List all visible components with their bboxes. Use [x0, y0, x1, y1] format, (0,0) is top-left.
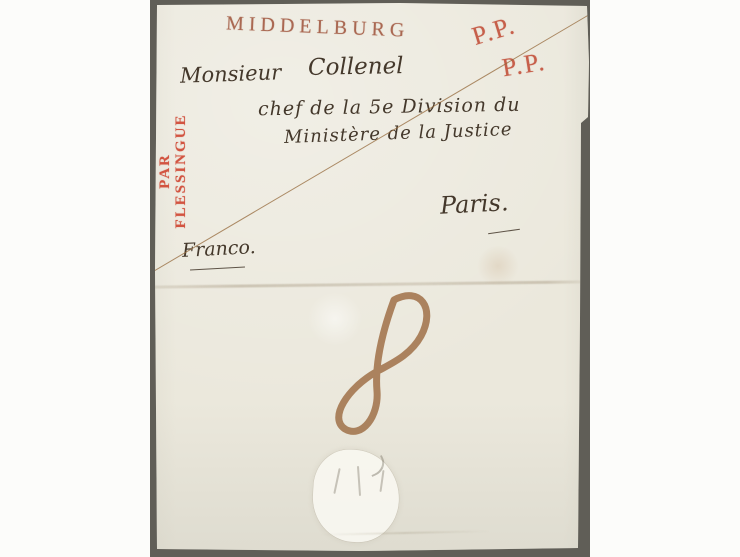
- route-postmark-line2: PAR: [157, 91, 173, 251]
- repair-patch: [311, 448, 402, 544]
- franco-notation-text: Franco.: [181, 236, 256, 262]
- letter-photograph: MIDDELBURG P.P. P.P. HOLLANDE PAR FLESSI…: [150, 0, 590, 557]
- destination-text: Paris.: [439, 188, 509, 220]
- route-postmark: HOLLANDE PAR FLESSINGUE: [141, 91, 189, 251]
- addressee-title-line2: Ministère de la Justice: [284, 119, 513, 148]
- addressee-name-text: Collenel: [308, 53, 404, 81]
- paper-thinning-spot: [306, 293, 364, 345]
- addressee-title-line1: chef de la 5e Division du: [258, 94, 521, 121]
- middelburg-postmark: MIDDELBURG: [226, 12, 410, 42]
- salutation-text: Monsieur: [180, 60, 282, 88]
- pp-postmark-top: P.P.: [469, 10, 520, 52]
- route-postmark-line3: FLESSINGUE: [173, 91, 189, 251]
- letter-paper: MIDDELBURG P.P. P.P. HOLLANDE PAR FLESSI…: [150, 0, 590, 557]
- franco-underline: [190, 267, 245, 271]
- route-postmark-line1: HOLLANDE: [141, 91, 157, 251]
- ink-stain: [476, 246, 520, 286]
- destination-underline: [488, 229, 520, 234]
